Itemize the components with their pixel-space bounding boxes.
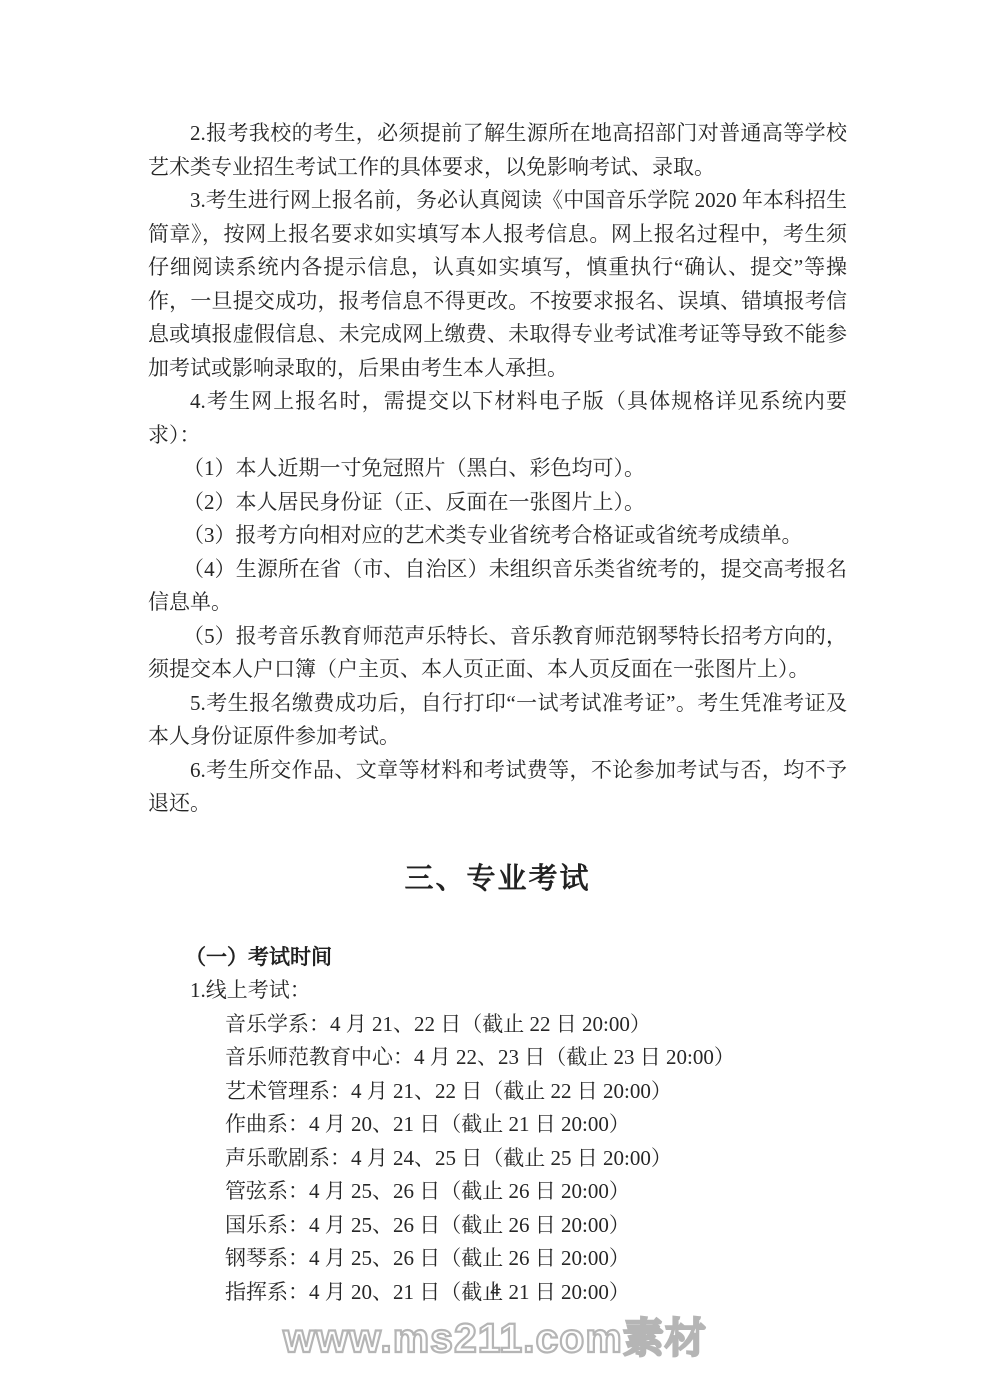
exam-list-label: 1.线上考试：: [148, 974, 847, 1008]
page-number: 4: [0, 1280, 990, 1302]
exam-schedule-item: 音乐学系：4 月 21、22 日（截止 22 日 20:00）: [148, 1008, 847, 1042]
exam-schedule-item: 管弦系：4 月 25、26 日（截止 26 日 20:00）: [148, 1175, 847, 1209]
watermark: www.ms211.com素材: [0, 1313, 990, 1363]
material-item-1: （1）本人近期一寸免冠照片（黑白、彩色均可）。: [148, 452, 847, 486]
material-item-4: （4）生源所在省（市、自治区）未组织音乐类省统考的，提交高考报名信息单。: [148, 553, 847, 620]
section-heading: 三、专业考试: [148, 857, 847, 901]
exam-schedule-item: 艺术管理系：4 月 21、22 日（截止 22 日 20:00）: [148, 1075, 847, 1109]
subsection-heading: （一）考试时间: [148, 941, 847, 975]
exam-schedule-item: 声乐歌剧系：4 月 24、25 日（截止 25 日 20:00）: [148, 1142, 847, 1176]
material-item-2: （2）本人居民身份证（正、反面在一张图片上）。: [148, 486, 847, 520]
material-item-3: （3）报考方向相对应的艺术类专业省统考合格证或省统考成绩单。: [148, 519, 847, 553]
paragraph-4-intro: 4.考生网上报名时，需提交以下材料电子版（具体规格详见系统内要求）：: [148, 385, 847, 452]
paragraph-3: 3.考生进行网上报名前，务必认真阅读《中国音乐学院 2020 年本科招生简章》，…: [148, 184, 847, 385]
exam-schedule-list: 音乐学系：4 月 21、22 日（截止 22 日 20:00） 音乐师范教育中心…: [148, 1008, 847, 1310]
exam-schedule-item: 作曲系：4 月 20、21 日（截止 21 日 20:00）: [148, 1108, 847, 1142]
paragraph-5: 5.考生报名缴费成功后，自行打印“一试考试准考证”。考生凭准考证及本人身份证原件…: [148, 687, 847, 754]
paragraph-2: 2.报考我校的考生，必须提前了解生源所在地高招部门对普通高等学校艺术类专业招生考…: [148, 117, 847, 184]
document-page: 2.报考我校的考生，必须提前了解生源所在地高招部门对普通高等学校艺术类专业招生考…: [0, 0, 990, 1399]
material-item-5: （5）报考音乐教育师范声乐特长、音乐教育师范钢琴特长招考方向的，须提交本人户口簿…: [148, 620, 847, 687]
exam-schedule-item: 国乐系：4 月 25、26 日（截止 26 日 20:00）: [148, 1209, 847, 1243]
exam-schedule-item: 音乐师范教育中心：4 月 22、23 日（截止 23 日 20:00）: [148, 1041, 847, 1075]
exam-schedule-item: 钢琴系：4 月 25、26 日（截止 26 日 20:00）: [148, 1242, 847, 1276]
document-body: 2.报考我校的考生，必须提前了解生源所在地高招部门对普通高等学校艺术类专业招生考…: [148, 117, 847, 1309]
paragraph-6: 6.考生所交作品、文章等材料和考试费等，不论参加考试与否，均不予退还。: [148, 754, 847, 821]
